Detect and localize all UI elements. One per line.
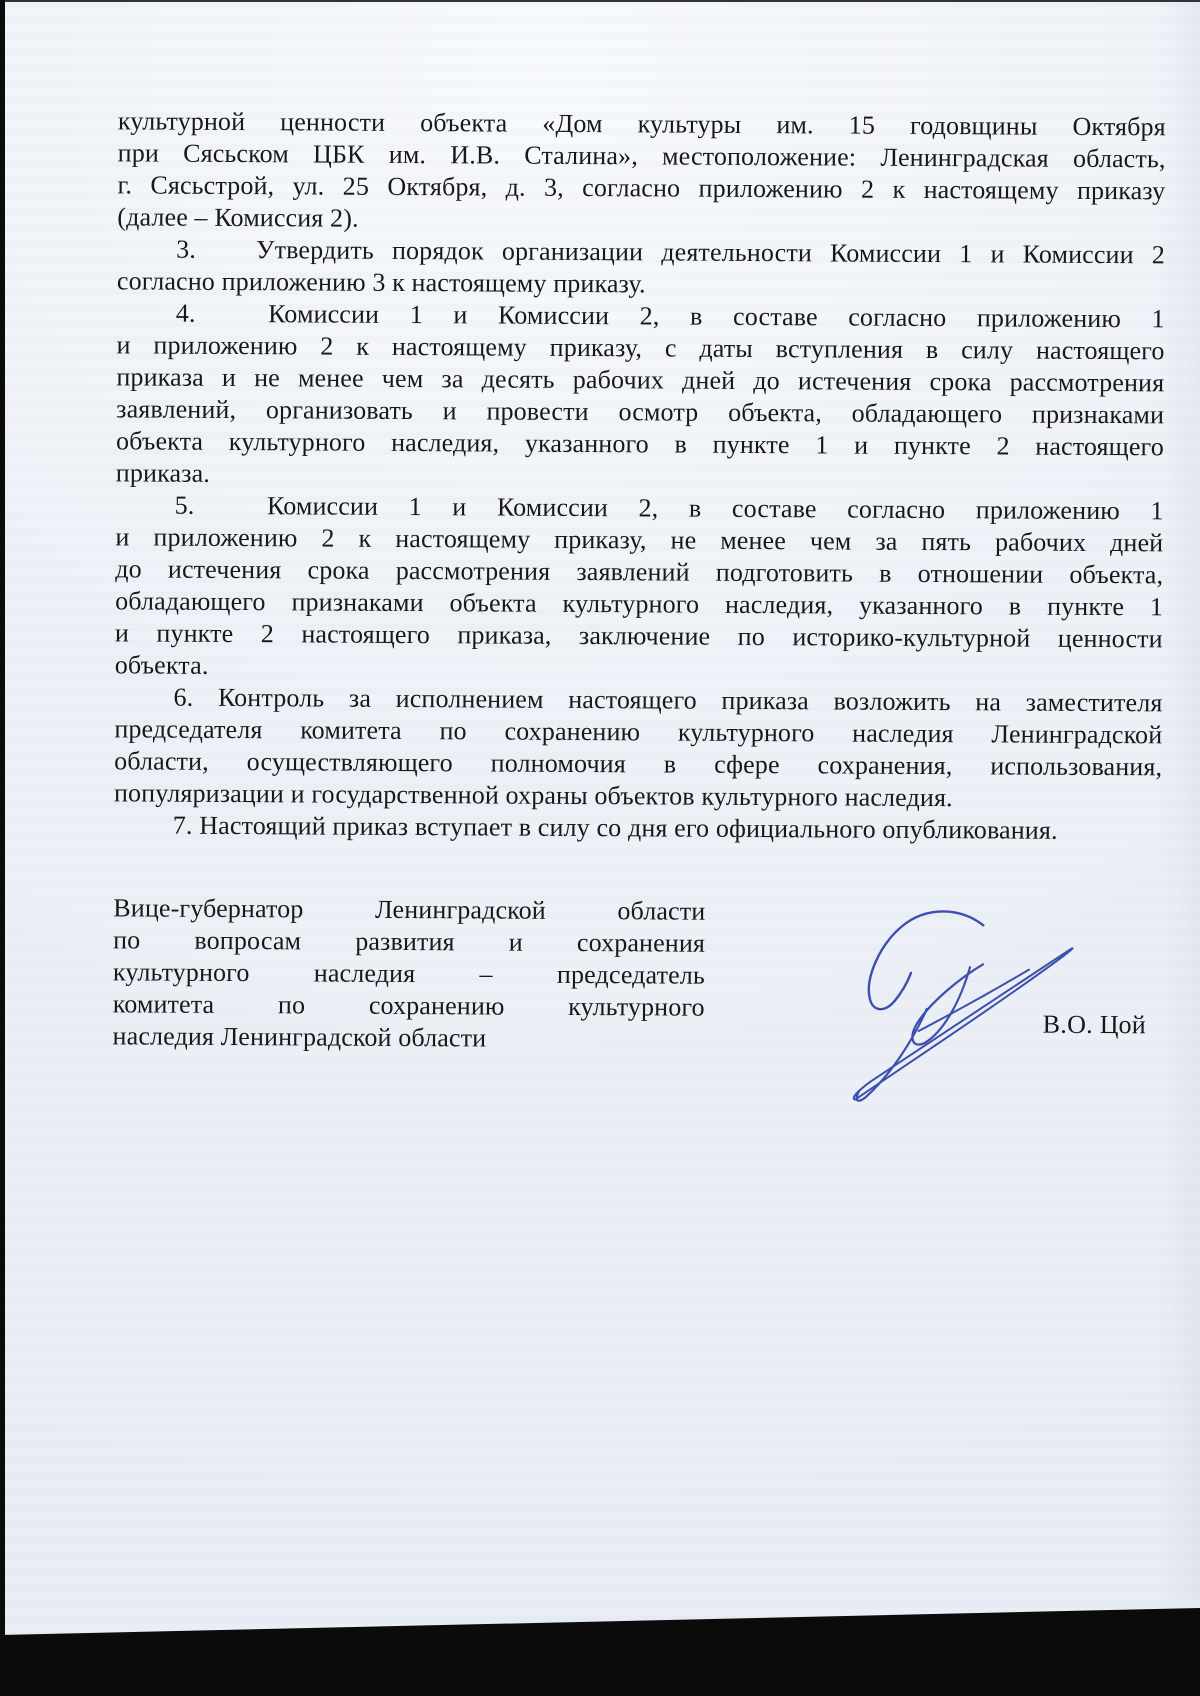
scanned-document-page: культурнойценностиобъекта«Домкультурыим.…: [0, 0, 1200, 1696]
order-body-line: ипункте2настоящегоприказа,заключениепоис…: [115, 617, 1163, 655]
order-body-line: 6.Контрользаисполнениемнастоящегоприказа…: [114, 681, 1162, 719]
document-content-area: культурнойценностиобъекта«Домкультурыим.…: [0, 0, 1200, 1696]
scan-edge-left: [0, 0, 5, 1660]
scan-edge-top: [0, 0, 1200, 2]
order-body-text: культурнойценностиобъекта«Домкультурыим.…: [114, 105, 1166, 847]
order-body-line: приСясьскомЦБКим.И.В.Сталина»,местополож…: [118, 137, 1166, 175]
signature-ink-strokes: [854, 911, 1073, 1102]
signatory-title-line: Вице-губернаторЛенинградскойобласти: [113, 892, 705, 927]
signatory-title-line: комитетапосохранениюкультурного: [113, 988, 705, 1023]
signatory-title-line: культурногонаследия–председатель: [113, 956, 705, 991]
signatory-title-line: повопросамразвитияисохранения: [113, 924, 705, 959]
order-body-line: объектакультурногонаследия,указанноговпу…: [116, 425, 1164, 463]
order-body-line: 7. Настоящий приказ вступает в силу со д…: [114, 809, 1162, 847]
scan-shade-right: [1160, 0, 1200, 1600]
signer-name: В.О. Цой: [1043, 1010, 1147, 1041]
signatory-title-block: Вице-губернаторЛенинградскойобластиповоп…: [113, 892, 706, 1055]
order-body-line: доистечениясрокарассмотрениязаявленийпод…: [115, 553, 1163, 591]
handwritten-signature: [822, 890, 1107, 1118]
signatory-title-line: наследия Ленинградской области: [113, 1020, 705, 1055]
